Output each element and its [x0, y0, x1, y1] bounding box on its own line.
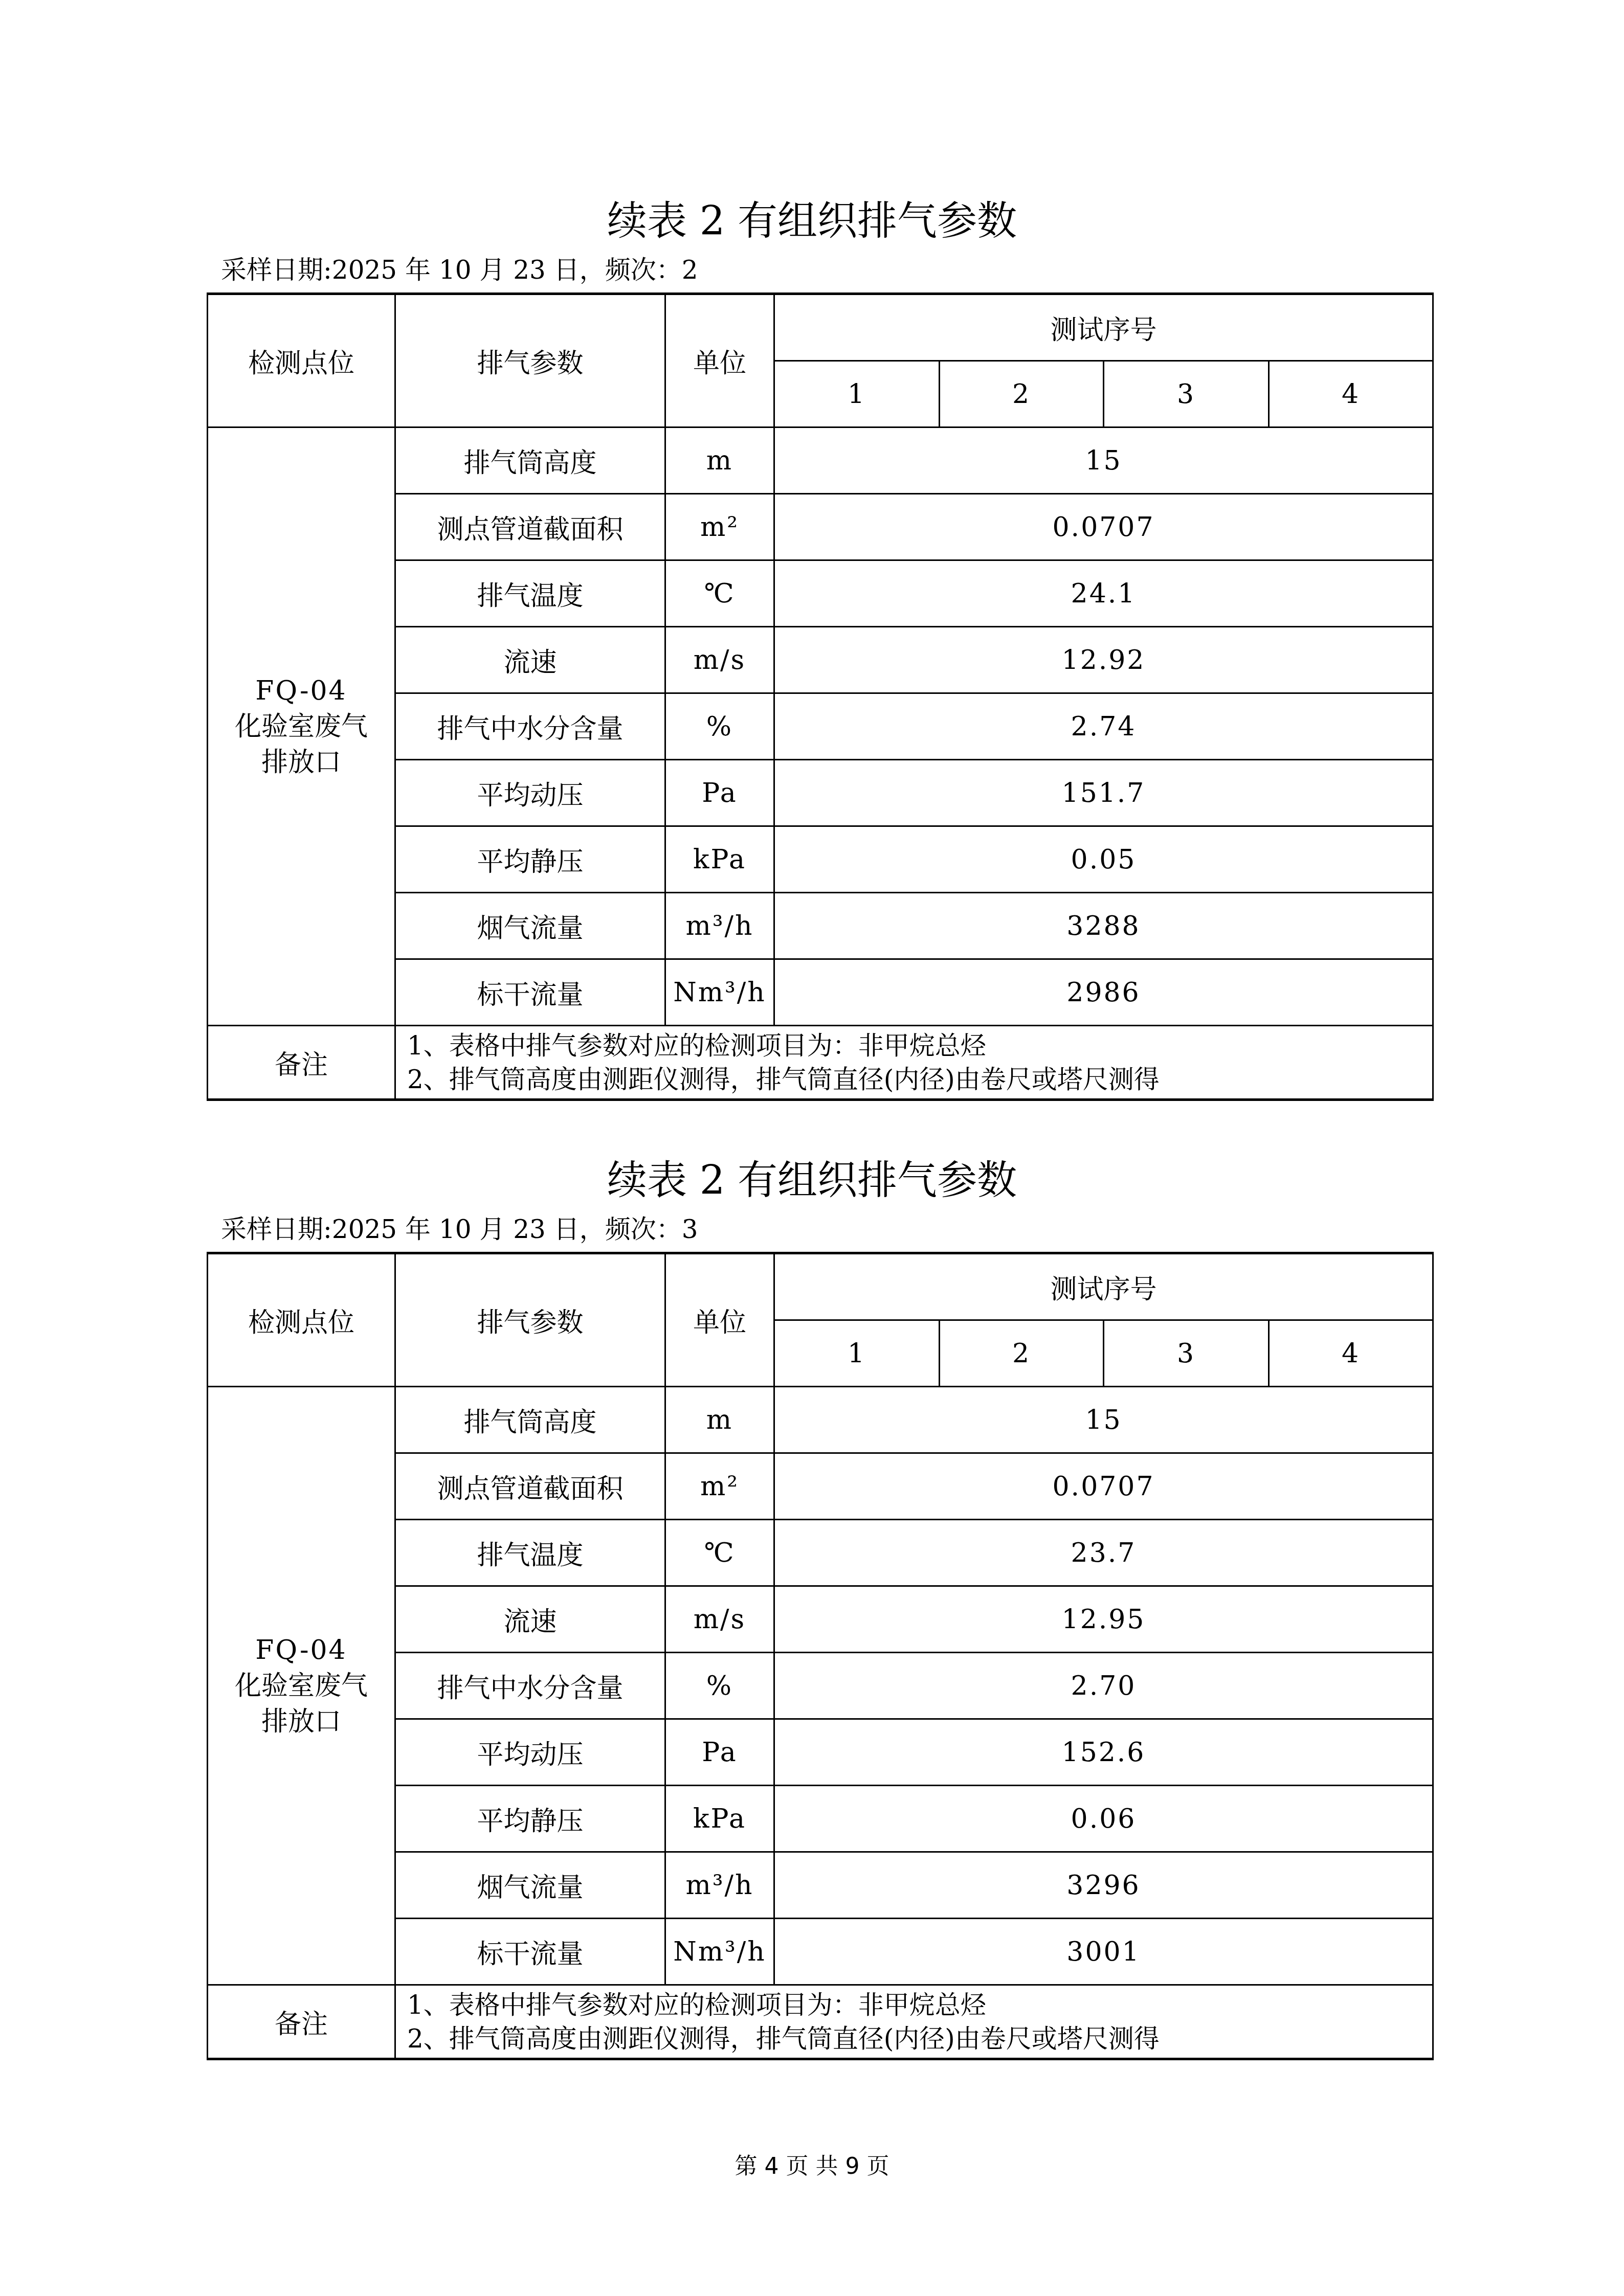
param-unit: m³/h	[665, 1852, 774, 1919]
param-unit: ℃	[665, 1520, 774, 1586]
param-unit: m/s	[665, 1586, 774, 1653]
param-unit: kPa	[665, 1786, 774, 1852]
page-number: 第 4 页 共 9 页	[0, 2148, 1624, 2180]
param-name: 平均动压	[395, 760, 665, 826]
location-outlet: 排放口	[208, 745, 394, 780]
header-seq-4: 4	[1269, 361, 1433, 427]
param-name: 烟气流量	[395, 1852, 665, 1919]
remarks-content: 1、表格中排气参数对应的检测项目为：非甲烷总烃 2、排气筒高度由测距仪测得，排气…	[395, 1026, 1433, 1100]
param-unit: m	[665, 1387, 774, 1453]
sampling-date-line: 采样日期:2025 年 10 月 23 日，频次：2	[221, 254, 698, 286]
location-name: 化验室废气	[208, 709, 394, 745]
param-unit: %	[665, 1653, 774, 1719]
param-unit: Nm³/h	[665, 959, 774, 1026]
param-value: 3296	[774, 1852, 1433, 1919]
param-name: 流速	[395, 1586, 665, 1653]
header-seq-1: 1	[774, 1320, 940, 1387]
param-unit: m³/h	[665, 893, 774, 959]
header-seq-2: 2	[940, 361, 1104, 427]
header-seq-4: 4	[1269, 1320, 1433, 1387]
exhaust-params-table: 检测点位 排气参数 单位 测试序号 1 2 3 4 FQ-04 化验室废气 排放…	[207, 1252, 1434, 2060]
param-name: 排气筒高度	[395, 427, 665, 494]
header-location: 检测点位	[208, 294, 395, 427]
param-unit: m	[665, 427, 774, 494]
remark-line-1: 1、表格中排气参数对应的检测项目为：非甲烷总烃	[407, 1029, 1432, 1063]
location-outlet: 排放口	[208, 1704, 394, 1740]
param-value: 2.74	[774, 693, 1433, 760]
param-unit: Pa	[665, 760, 774, 826]
remarks-row: 备注 1、表格中排气参数对应的检测项目为：非甲烷总烃 2、排气筒高度由测距仪测得…	[208, 1026, 1433, 1100]
location-code: FQ-04	[208, 1632, 394, 1668]
location-name: 化验室废气	[208, 1668, 394, 1704]
param-name: 平均静压	[395, 826, 665, 893]
param-name: 标干流量	[395, 1919, 665, 1985]
table-row: FQ-04 化验室废气 排放口 排气筒高度 m 15	[208, 1387, 1433, 1453]
param-name: 测点管道截面积	[395, 1453, 665, 1520]
param-name: 测点管道截面积	[395, 494, 665, 560]
header-seq-2: 2	[940, 1320, 1104, 1387]
param-unit: m²	[665, 1453, 774, 1520]
header-parameter: 排气参数	[395, 1253, 665, 1387]
header-seq-3: 3	[1104, 361, 1269, 427]
remark-line-2: 2、排气筒高度由测距仪测得，排气筒直径(内径)由卷尺或塔尺测得	[407, 1063, 1432, 1096]
table-title: 续表 2 有组织排气参数	[0, 1155, 1624, 1206]
param-name: 流速	[395, 627, 665, 693]
param-name: 排气筒高度	[395, 1387, 665, 1453]
param-unit: Pa	[665, 1719, 774, 1786]
param-value: 0.0707	[774, 1453, 1433, 1520]
param-value: 2986	[774, 959, 1433, 1026]
param-value: 0.06	[774, 1786, 1433, 1852]
param-value: 24.1	[774, 560, 1433, 627]
param-value: 3288	[774, 893, 1433, 959]
location-cell: FQ-04 化验室废气 排放口	[208, 427, 395, 1026]
location-code: FQ-04	[208, 673, 394, 709]
param-value: 15	[774, 1387, 1433, 1453]
param-unit: m²	[665, 494, 774, 560]
param-value: 0.05	[774, 826, 1433, 893]
param-unit: ℃	[665, 560, 774, 627]
table-row: FQ-04 化验室废气 排放口 排气筒高度 m 15	[208, 427, 1433, 494]
param-value: 12.95	[774, 1586, 1433, 1653]
header-seq-1: 1	[774, 361, 940, 427]
param-value: 151.7	[774, 760, 1433, 826]
param-unit: Nm³/h	[665, 1919, 774, 1985]
param-unit: m/s	[665, 627, 774, 693]
table-title: 续表 2 有组织排气参数	[0, 196, 1624, 247]
param-name: 平均静压	[395, 1786, 665, 1852]
param-value: 12.92	[774, 627, 1433, 693]
header-test-seq: 测试序号	[774, 294, 1433, 361]
param-name: 排气中水分含量	[395, 693, 665, 760]
header-unit: 单位	[665, 294, 774, 427]
location-cell: FQ-04 化验室废气 排放口	[208, 1387, 395, 1985]
header-test-seq: 测试序号	[774, 1253, 1433, 1320]
header-unit: 单位	[665, 1253, 774, 1387]
remarks-row: 备注 1、表格中排气参数对应的检测项目为：非甲烷总烃 2、排气筒高度由测距仪测得…	[208, 1985, 1433, 2059]
param-value: 2.70	[774, 1653, 1433, 1719]
param-value: 23.7	[774, 1520, 1433, 1586]
remark-line-2: 2、排气筒高度由测距仪测得，排气筒直径(内径)由卷尺或塔尺测得	[407, 2022, 1432, 2056]
exhaust-params-table: 检测点位 排气参数 单位 测试序号 1 2 3 4 FQ-04 化验室废气 排放…	[207, 292, 1434, 1101]
remarks-label: 备注	[208, 1985, 395, 2059]
param-value: 0.0707	[774, 494, 1433, 560]
param-name: 排气温度	[395, 1520, 665, 1586]
sampling-date-line: 采样日期:2025 年 10 月 23 日，频次：3	[221, 1213, 698, 1246]
remark-line-1: 1、表格中排气参数对应的检测项目为：非甲烷总烃	[407, 1988, 1432, 2022]
param-unit: %	[665, 693, 774, 760]
param-unit: kPa	[665, 826, 774, 893]
param-name: 平均动压	[395, 1719, 665, 1786]
param-name: 排气中水分含量	[395, 1653, 665, 1719]
param-value: 3001	[774, 1919, 1433, 1985]
param-value: 152.6	[774, 1719, 1433, 1786]
param-name: 排气温度	[395, 560, 665, 627]
header-parameter: 排气参数	[395, 294, 665, 427]
param-name: 烟气流量	[395, 893, 665, 959]
header-location: 检测点位	[208, 1253, 395, 1387]
header-seq-3: 3	[1104, 1320, 1269, 1387]
param-name: 标干流量	[395, 959, 665, 1026]
remarks-label: 备注	[208, 1026, 395, 1100]
param-value: 15	[774, 427, 1433, 494]
remarks-content: 1、表格中排气参数对应的检测项目为：非甲烷总烃 2、排气筒高度由测距仪测得，排气…	[395, 1985, 1433, 2059]
